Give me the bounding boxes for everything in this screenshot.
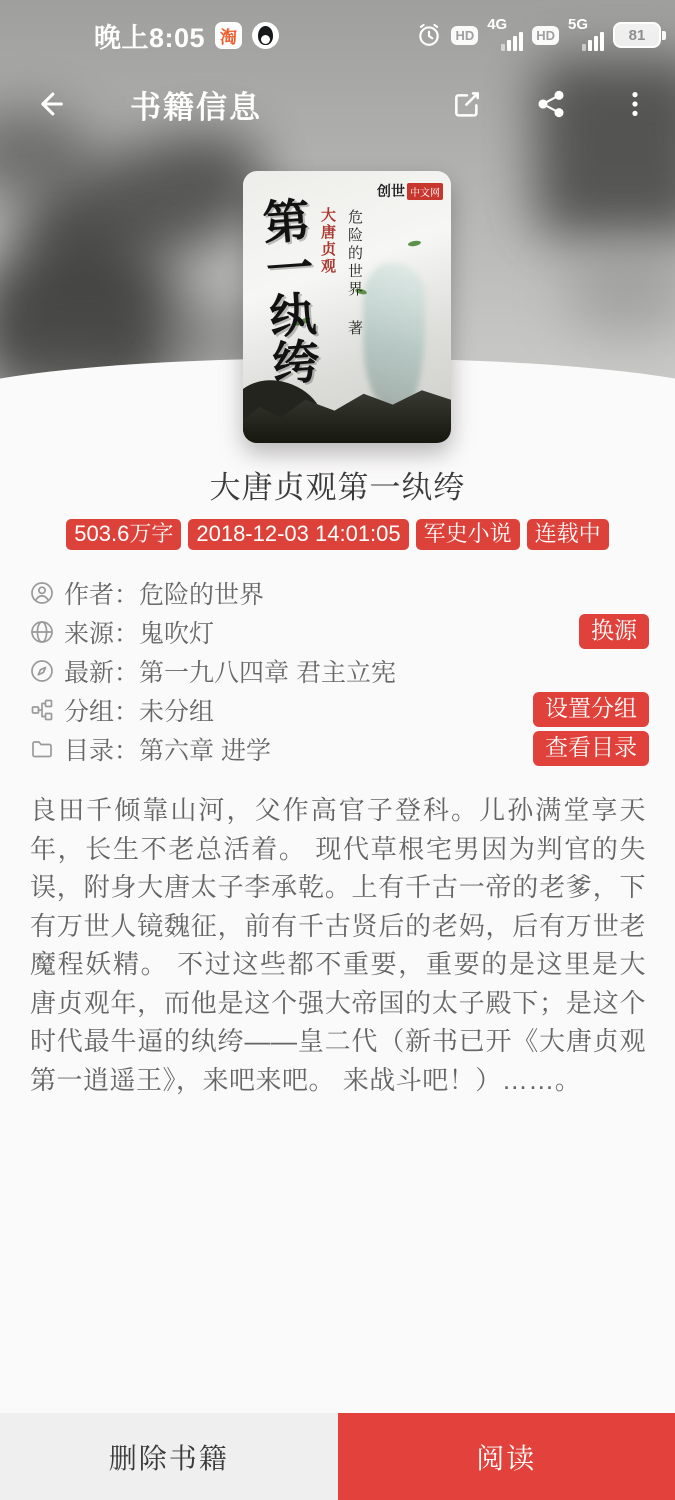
- cover-title-calligraphy: 第一纨绔: [255, 195, 319, 386]
- info-label: 来源：: [64, 614, 139, 650]
- more-icon[interactable]: [617, 86, 653, 122]
- book-badge: 2018-12-03 14:01:05: [188, 519, 408, 550]
- book-info-screen: 晚上8:05 淘 HD 4G HD: [0, 0, 675, 1500]
- publisher-logo: 创世 中文网: [377, 181, 443, 201]
- battery-nub: [662, 31, 666, 40]
- folder-icon: [30, 737, 54, 761]
- info-label: 分组：: [64, 692, 139, 728]
- info-value: 第一九八四章 君主立宪: [139, 653, 396, 689]
- battery-icon: 81: [613, 22, 661, 48]
- user-icon: [30, 581, 54, 605]
- info-action-button[interactable]: 设置分组: [533, 692, 649, 726]
- info-row: 来源：鬼吹灯换源: [30, 612, 649, 651]
- share-icon[interactable]: [533, 86, 569, 122]
- book-cover[interactable]: 创世 中文网 大唐贞观 危险的世界 著 第一纨绔: [243, 171, 451, 443]
- book-badge: 连载中: [527, 519, 609, 550]
- delete-book-button[interactable]: 删除书籍: [0, 1413, 338, 1500]
- compose-icon[interactable]: [449, 86, 485, 122]
- network-5g-label: 5G: [568, 16, 588, 33]
- badge-row: 503.6万字2018-12-03 14:01:05军史小说连载中: [0, 519, 675, 550]
- info-label: 最新：: [64, 653, 139, 689]
- info-action-button[interactable]: 换源: [579, 614, 649, 648]
- info-value: 第六章 进学: [139, 731, 271, 767]
- info-value: 鬼吹灯: [139, 614, 214, 650]
- network-4g-label: 4G: [487, 16, 507, 33]
- page-title: 书籍信息: [130, 82, 262, 127]
- info-value: 未分组: [139, 692, 214, 728]
- info-row: 作者：危险的世界: [30, 573, 649, 612]
- hd-badge: HD: [451, 26, 478, 45]
- taobao-icon: 淘: [215, 22, 242, 49]
- compass-icon: [30, 659, 54, 683]
- info-action-button[interactable]: 查看目录: [533, 731, 649, 765]
- qq-penguin-belly: [261, 35, 270, 44]
- info-label: 作者：: [64, 575, 139, 611]
- info-row: 目录：第六章 进学查看目录: [30, 729, 649, 768]
- info-row: 分组：未分组设置分组: [30, 690, 649, 729]
- signal-5g-icon: 5G: [568, 20, 604, 51]
- signal-4g-icon: 4G: [487, 20, 523, 51]
- footer-action-bar: 删除书籍 阅读: [0, 1413, 675, 1500]
- cover-series-text: 大唐贞观: [317, 207, 338, 275]
- globe-icon: [30, 620, 54, 644]
- app-bar: 书籍信息: [0, 76, 675, 132]
- publisher-name: 创世: [377, 181, 405, 201]
- qq-icon: [252, 22, 279, 49]
- backdrop-ink-blob: [565, 250, 675, 335]
- info-label: 目录：: [64, 731, 139, 767]
- clock-text: 晚上8:05: [94, 16, 205, 55]
- status-bar: 晚上8:05 淘 HD 4G HD: [0, 14, 675, 56]
- alarm-icon: [416, 22, 442, 48]
- info-value: 危险的世界: [139, 575, 264, 611]
- back-icon[interactable]: [30, 84, 70, 124]
- info-row: 最新：第一九八四章 君主立宪: [30, 651, 649, 690]
- read-button[interactable]: 阅读: [338, 1413, 675, 1500]
- hd-badge: HD: [532, 26, 559, 45]
- battery-percent: 81: [629, 27, 646, 44]
- cover-figure-art: [363, 263, 425, 413]
- book-info-list: 作者：危险的世界来源：鬼吹灯换源最新：第一九八四章 君主立宪分组：未分组设置分组…: [30, 573, 649, 768]
- cover-leaf-art: [408, 240, 422, 247]
- cover-author-text: 危险的世界 著: [345, 209, 366, 338]
- book-title: 大唐贞观第一纨绔: [0, 462, 675, 507]
- book-badge: 503.6万字: [66, 519, 181, 550]
- group-icon: [30, 698, 54, 722]
- book-badge: 军史小说: [416, 519, 520, 550]
- book-description: 良田千倾靠山河，父作高官子登科。儿孙满堂享天年，长生不老总活着。 现代草根宅男因…: [30, 791, 646, 1099]
- publisher-suffix: 中文网: [407, 183, 443, 200]
